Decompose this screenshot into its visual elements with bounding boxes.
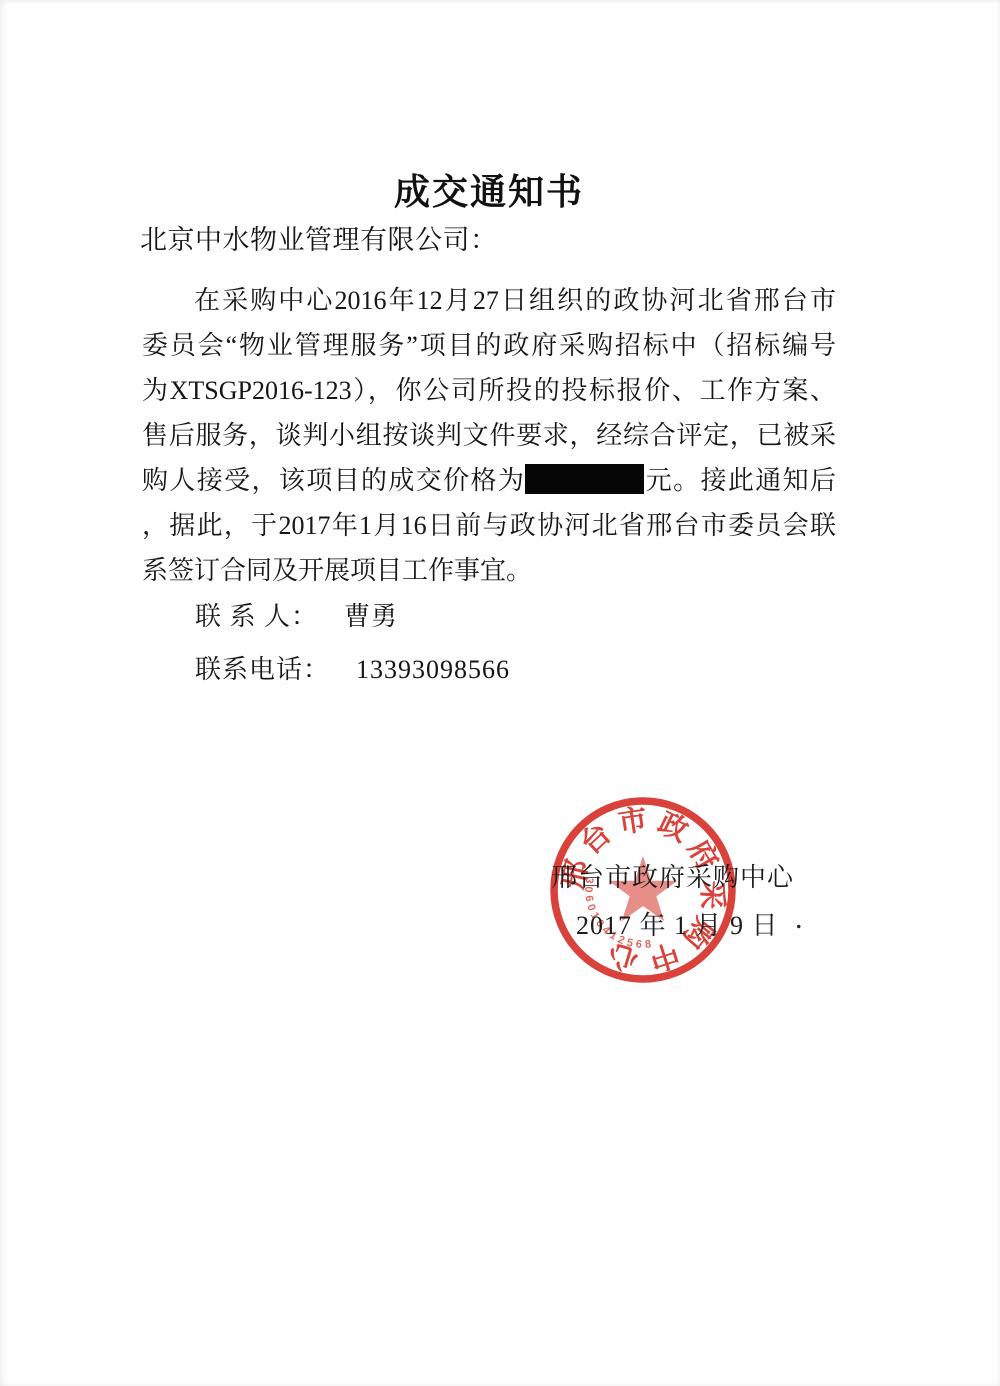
contact-phone-value: 13393098566	[356, 655, 510, 684]
body-line-1: 在采购中心2016年12月27日组织的政协河北省邢台市	[142, 278, 836, 323]
contact-person-line: 联 系 人：曹勇	[195, 600, 398, 633]
contact-phone-line: 联系电话：13393098566	[195, 653, 510, 686]
body-line-5: 购人接受，该项目的成交价格为元。接此通知后	[142, 458, 836, 503]
price-text-before: 购人接受，该项目的成交价格为	[142, 466, 525, 495]
stray-ink-mark: .	[795, 903, 803, 935]
contact-person-value: 曹勇	[344, 602, 398, 631]
body-line-4: 售后服务，谈判小组按谈判文件要求，经综合评定，已被采	[142, 413, 836, 458]
body-line-3: 为XTSGP2016-123），你公司所投的投标报价、工作方案、	[142, 368, 836, 413]
body-line-2: 委员会“物业管理服务”项目的政府采购招标中（招标编号	[142, 323, 836, 368]
body-paragraph: 在采购中心2016年12月27日组织的政协河北省邢台市 委员会“物业管理服务”项…	[142, 278, 836, 593]
body-line-6: ，据此，于2017年1月16日前与政协河北省邢台市委员会联	[142, 503, 836, 548]
document-title: 成交通知书	[142, 171, 836, 213]
body-line-7: 系签订合同及开展项目工作事宜。	[142, 548, 836, 593]
issuer-organization: 邢台市政府采购中心	[551, 862, 794, 894]
issue-date: 2017 年 1 月 9 日	[576, 910, 779, 942]
redacted-price-box	[525, 464, 644, 494]
addressee-line: 北京中水物业管理有限公司：	[140, 223, 498, 257]
price-text-after: 元。接此通知后	[644, 466, 836, 495]
contact-phone-label: 联系电话：	[195, 655, 330, 684]
award-notice-document: 成交通知书 北京中水物业管理有限公司： 在采购中心2016年12月27日组织的政…	[0, 0, 1000, 1386]
contact-person-label: 联 系 人：	[195, 602, 318, 631]
